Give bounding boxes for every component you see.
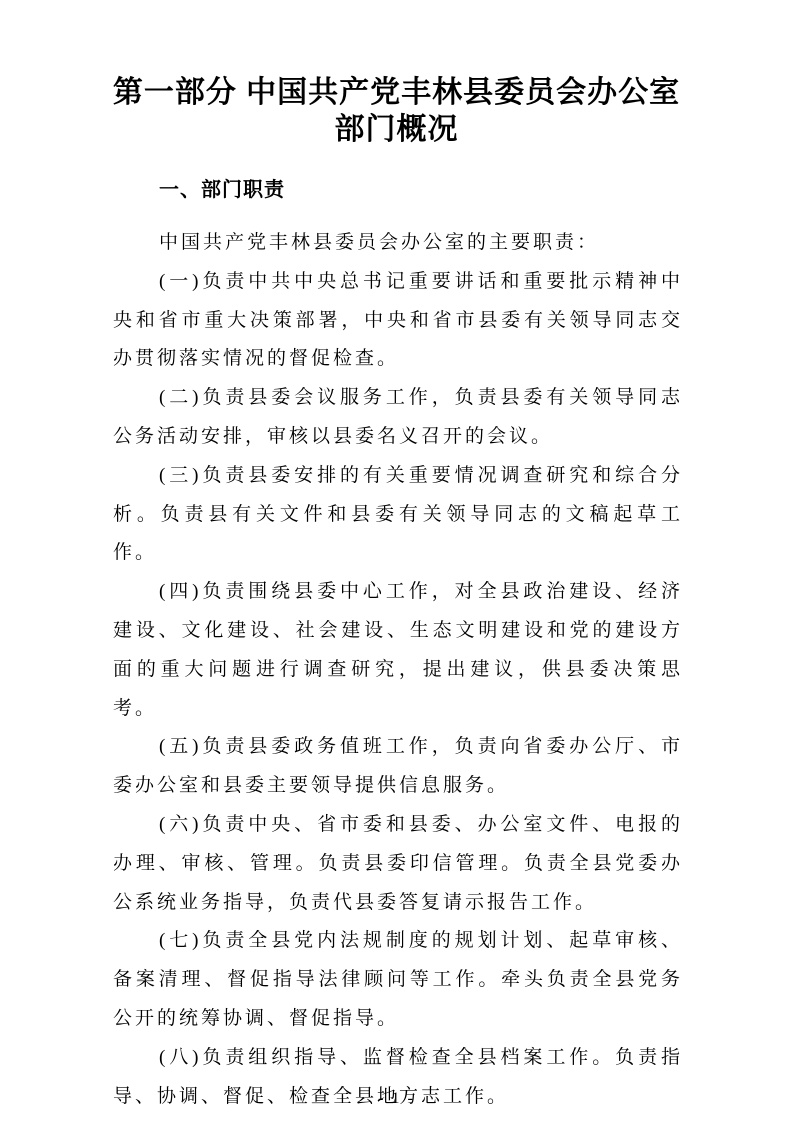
- paragraph-duty-7: (七)负责全县党内法规制度的规划计划、起草审核、备案清理、督促指导法律顾问等工作…: [113, 922, 683, 1038]
- document-title-line2: 部门概况: [335, 113, 459, 146]
- paragraph-duty-6: (六)负责中央、省市委和县委、办公室文件、电报的办理、审核、管理。负责县委印信管…: [113, 806, 683, 922]
- document-title: 第一部分 中国共产党丰林县委员会办公室 部门概况: [0, 74, 793, 148]
- page-number: - 1 -: [0, 1090, 793, 1108]
- paragraph-duty-2: (二)负责县委会议服务工作，负责县委有关领导同志公务活动安排，审核以县委名义召开…: [113, 379, 683, 457]
- paragraph-duty-3: (三)负责县委安排的有关重要情况调查研究和综合分析。负责县有关文件和县委有关领导…: [113, 457, 683, 573]
- section-heading-duties: 一、部门职责: [0, 176, 793, 204]
- document-body: 中国共产党丰林县委员会办公室的主要职责： (一)负责中共中央总书记重要讲话和重要…: [113, 224, 683, 1116]
- paragraph-duty-4: (四)负责围绕县委中心工作，对全县政治建设、经济建设、文化建设、社会建设、生态文…: [113, 573, 683, 728]
- paragraph-duty-1: (一)负责中共中央总书记重要讲话和重要批示精神中央和省市重大决策部署，中央和省市…: [113, 263, 683, 379]
- paragraph-duty-5: (五)负责县委政务值班工作，负责向省委办公厅、市委办公室和县委主要领导提供信息服…: [113, 728, 683, 806]
- document-title-line1: 第一部分 中国共产党丰林县委员会办公室: [113, 76, 680, 109]
- document-page: 第一部分 中国共产党丰林县委员会办公室 部门概况 一、部门职责 中国共产党丰林县…: [0, 0, 793, 1122]
- paragraph-intro: 中国共产党丰林县委员会办公室的主要职责：: [113, 224, 683, 263]
